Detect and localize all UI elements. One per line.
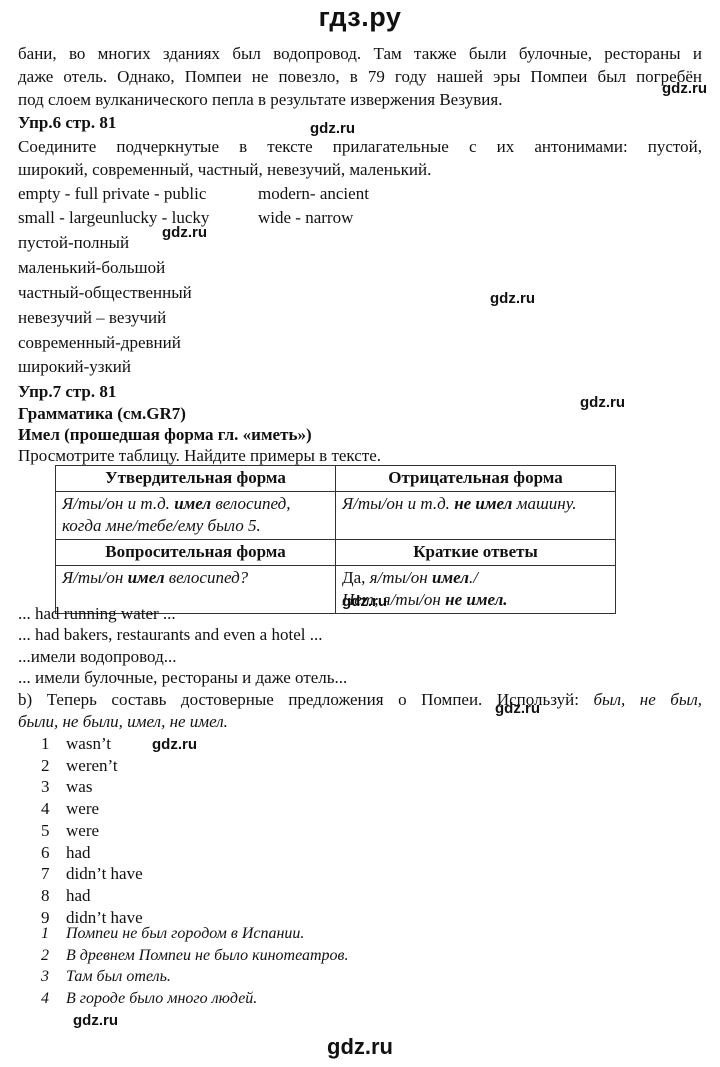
answer-text: didn’t have <box>66 864 143 883</box>
site-header[interactable]: гдз.ру <box>0 2 720 33</box>
pair-ru: современный-древний <box>18 333 181 353</box>
table-header-interrogative: Вопросительная форма <box>56 540 336 566</box>
example-line: ...имели водопровод... <box>18 647 176 667</box>
answer-text: weren’t <box>66 756 118 775</box>
answer-item: 5were <box>41 821 99 841</box>
watermark: gdz.ru <box>152 736 197 753</box>
answer-number: 5 <box>41 821 66 841</box>
watermark: gdz.ru <box>342 593 387 610</box>
answer-text: were <box>66 821 99 840</box>
watermark: gdz.ru <box>495 700 540 717</box>
pair-en-right: wide - narrow <box>258 208 353 228</box>
part-b-instruction: b) Теперь составь достоверные предложени… <box>18 690 702 710</box>
table-cell-affirmative: Я/ты/он и т.д. имел велосипед,когда мне/… <box>56 492 336 540</box>
sentence-number: 2 <box>41 946 66 966</box>
sentence-text: В городе было много людей. <box>66 990 257 1007</box>
pair-ru: частный-общественный <box>18 283 192 303</box>
answer-item: 3was <box>41 777 92 797</box>
pair-ru: широкий-узкий <box>18 357 131 377</box>
watermark: gdz.ru <box>490 290 535 307</box>
table-header-short-answers: Краткие ответы <box>336 540 616 566</box>
sentence-text: В древнем Помпеи не было кинотеатров. <box>66 947 348 964</box>
sentence-number: 4 <box>41 989 66 1009</box>
pair-en-right: modern- ancient <box>258 184 369 204</box>
watermark: gdz.ru <box>310 120 355 137</box>
answer-number: 2 <box>41 756 66 776</box>
watermark: gdz.ru <box>73 1012 118 1029</box>
answer-item: 6had <box>41 843 91 863</box>
footer-watermark[interactable]: gdz.ru <box>0 1034 720 1060</box>
intro-line: бани, во многих зданиях был водопровод. … <box>18 44 702 64</box>
pair-en: empty - full private - public <box>18 184 206 204</box>
answer-text: wasn’t <box>66 734 111 753</box>
sentence-item: 1Помпеи не был городом в Испании. <box>41 924 304 944</box>
sentence-number: 3 <box>41 967 66 987</box>
answer-number: 1 <box>41 734 66 754</box>
intro-line: даже отель. Однако, Помпеи не повезло, в… <box>18 67 702 87</box>
pair-ru: маленький-большой <box>18 258 165 278</box>
sentence-text: Помпеи не был городом в Испании. <box>66 925 304 942</box>
answer-text: had <box>66 886 91 905</box>
pair-ru: невезучий – везучий <box>18 308 166 328</box>
grammar-table: Утвердительная форма Отрицательная форма… <box>55 465 616 614</box>
part-b-words: были, не были, имел, не имел. <box>18 712 228 732</box>
answer-item: 4were <box>41 799 99 819</box>
answer-text: had <box>66 843 91 862</box>
table-header-affirmative: Утвердительная форма <box>56 466 336 492</box>
answer-item: 1wasn’t <box>41 734 111 754</box>
answer-number: 6 <box>41 843 66 863</box>
watermark: gdz.ru <box>580 394 625 411</box>
watermark: gdz.ru <box>162 224 207 241</box>
watermark: gdz.ru <box>662 80 707 97</box>
ex7-instruction: Просмотрите таблицу. Найдите примеры в т… <box>18 446 381 466</box>
pair-ru: пустой-полный <box>18 233 129 253</box>
answer-number: 7 <box>41 864 66 884</box>
answer-text: were <box>66 799 99 818</box>
ex6-instruction: Соедините подчеркнутые в тексте прилагат… <box>18 137 702 157</box>
ex6-title: Упр.6 стр. 81 <box>18 113 116 133</box>
sentence-item: 4В городе было много людей. <box>41 989 257 1009</box>
answer-item: 2weren’t <box>41 756 118 776</box>
sentence-number: 1 <box>41 924 66 944</box>
sentence-item: 3Там был отель. <box>41 967 171 987</box>
answer-text: was <box>66 777 92 796</box>
sentence-text: Там был отель. <box>66 968 171 985</box>
ex7-subtitle: Имел (прошедшая форма гл. «иметь») <box>18 425 312 445</box>
example-line: ... имели булочные, рестораны и даже оте… <box>18 668 347 688</box>
intro-line: под слоем вулканического пепла в результ… <box>18 90 502 110</box>
answer-number: 8 <box>41 886 66 906</box>
ex6-instruction: широкий, современный, частный, невезучий… <box>18 160 431 180</box>
pair-en-left: empty - full private - public <box>18 184 206 203</box>
table-cell-negative: Я/ты/он и т.д. не имел машину. <box>336 492 616 540</box>
answer-number: 4 <box>41 799 66 819</box>
ex7-subtitle: Грамматика (см.GR7) <box>18 404 186 424</box>
table-header-negative: Отрицательная форма <box>336 466 616 492</box>
answer-number: 3 <box>41 777 66 797</box>
example-line: ... had running water ... <box>18 604 176 624</box>
ex7-title: Упр.7 стр. 81 <box>18 382 116 402</box>
answer-item: 8had <box>41 886 91 906</box>
sentence-item: 2В древнем Помпеи не было кинотеатров. <box>41 946 348 966</box>
answer-item: 7didn’t have <box>41 864 143 884</box>
example-line: ... had bakers, restaurants and even a h… <box>18 625 322 645</box>
